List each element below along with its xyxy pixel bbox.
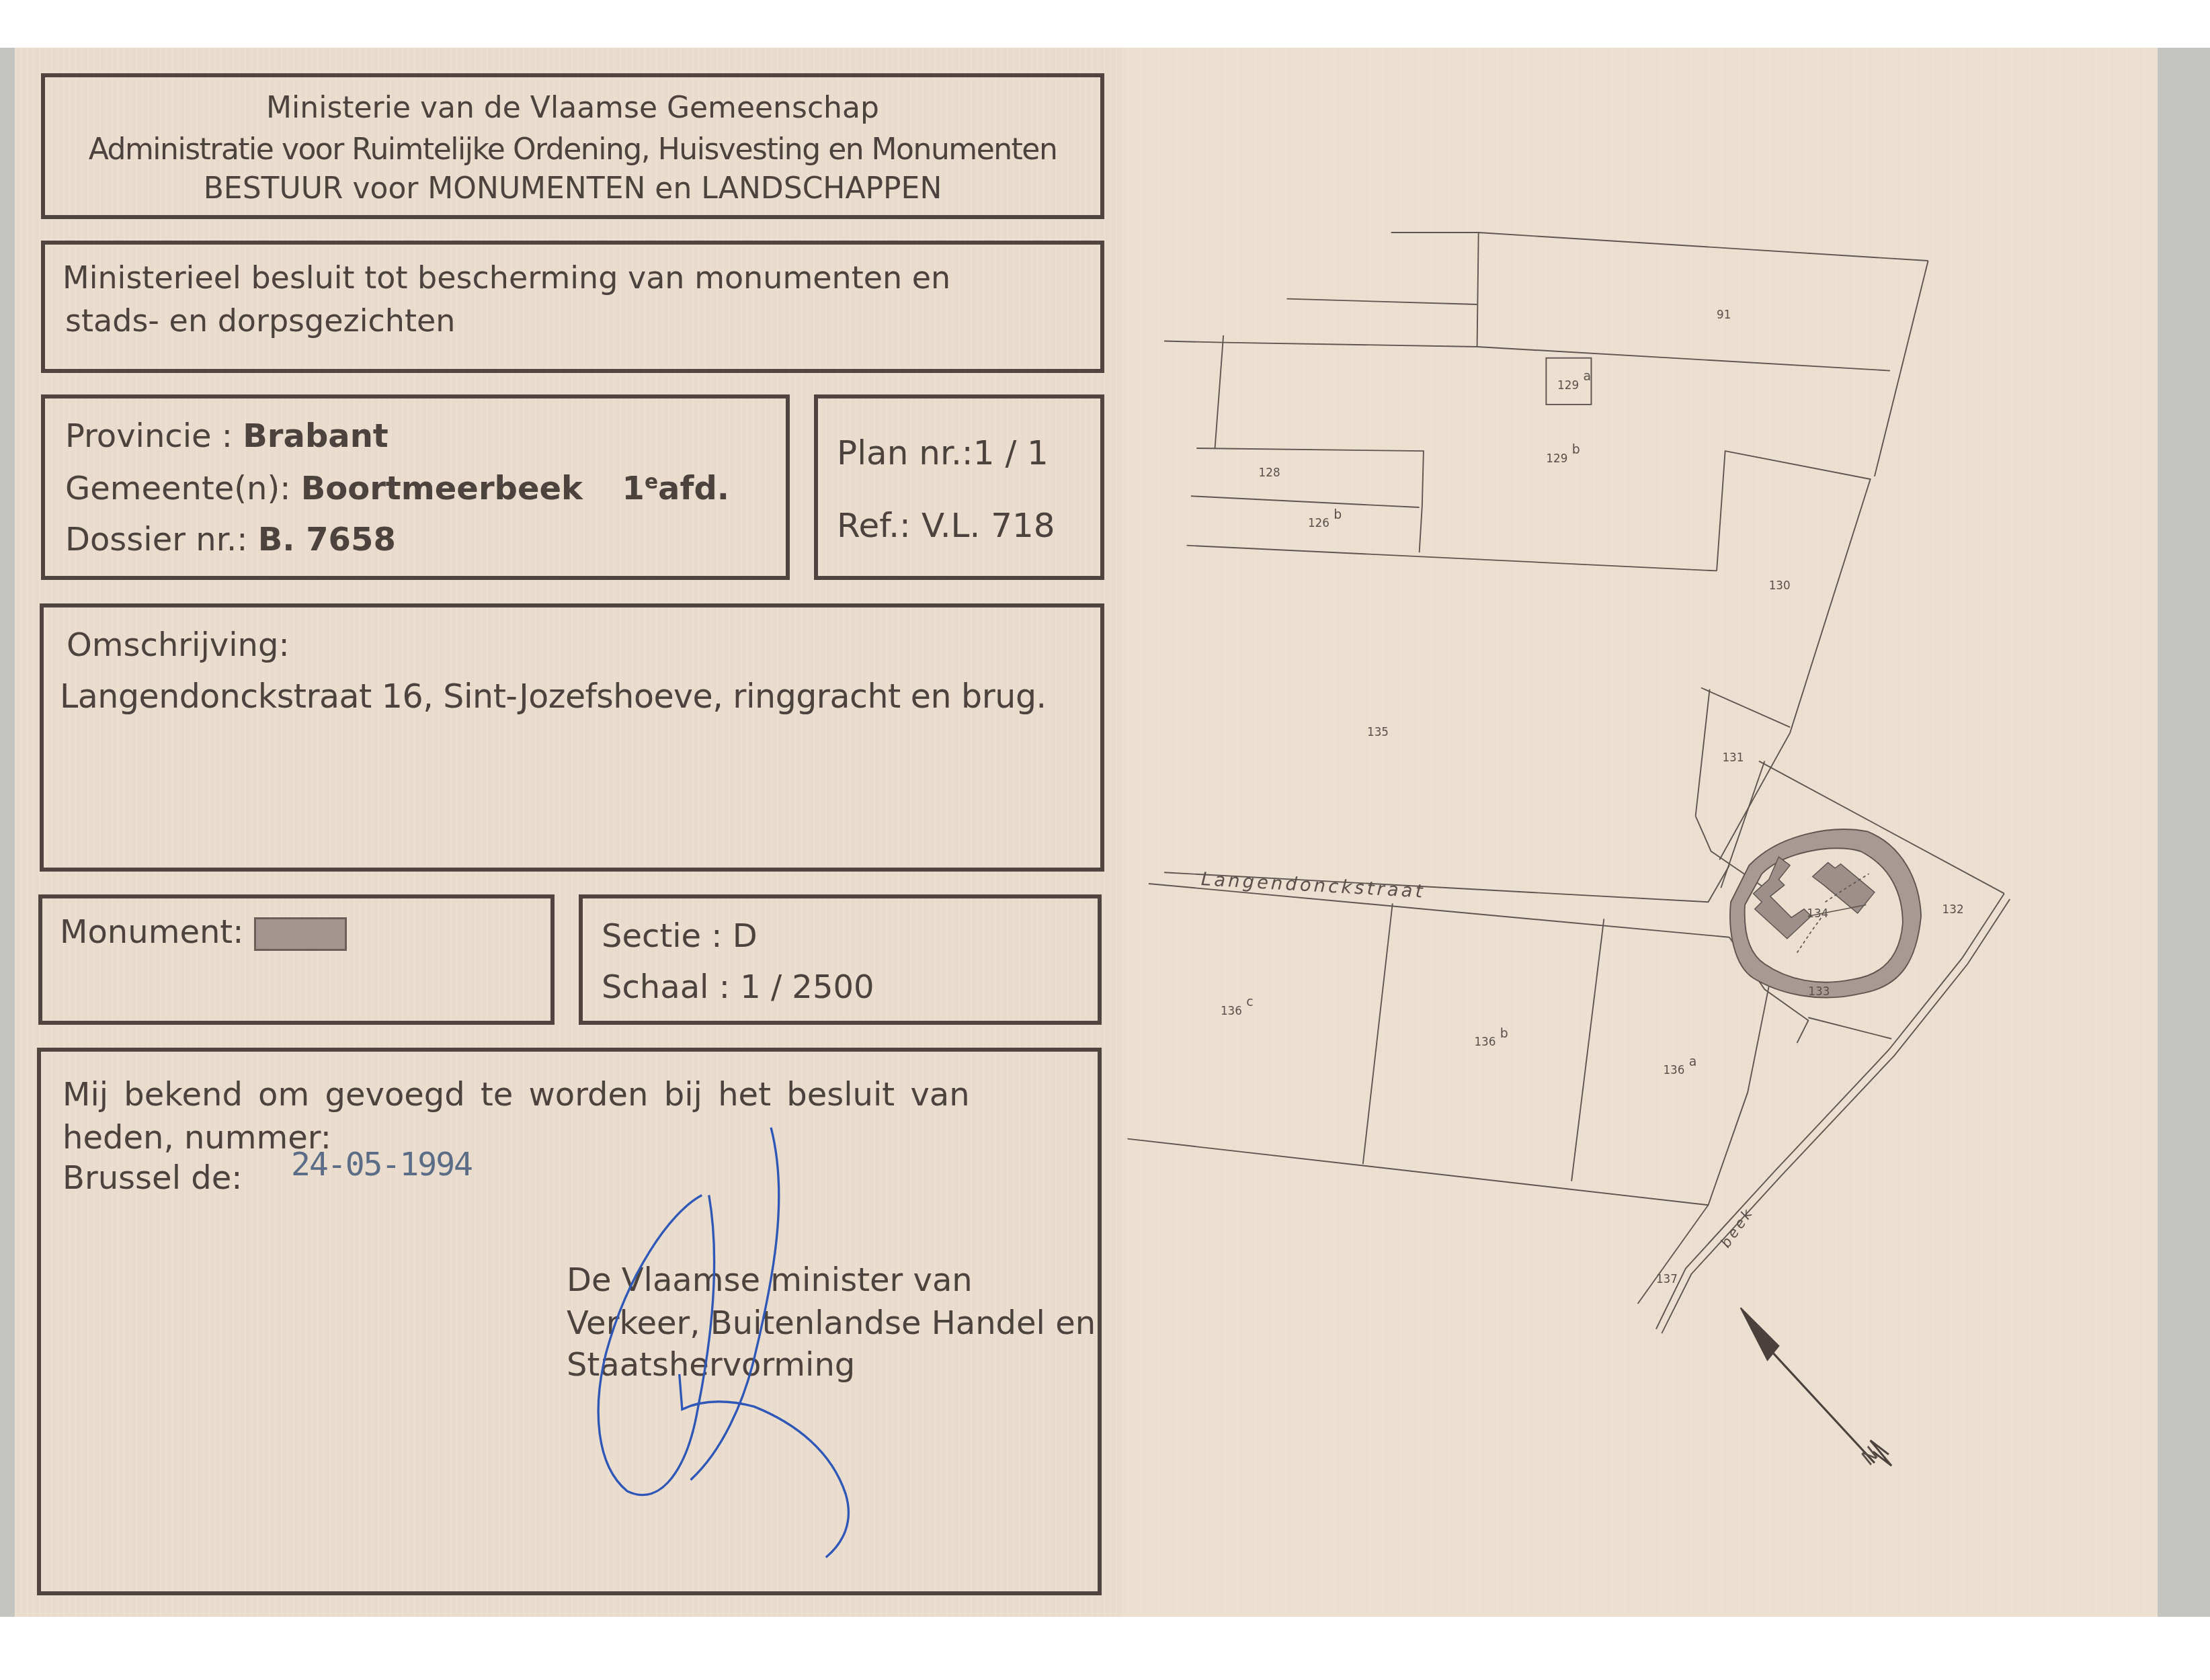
parcel-label: 129a: [1557, 369, 1591, 392]
parcel-label: 126b: [1308, 507, 1342, 530]
parcel-label: 136b: [1474, 1026, 1508, 1049]
parcel-label: 129b: [1546, 442, 1580, 465]
parcel-label: 133: [1808, 984, 1830, 998]
parcel-label: 137: [1656, 1272, 1678, 1286]
parcel-label: 128: [1259, 466, 1280, 479]
north-label: N: [1856, 1441, 1885, 1469]
parcel-label: 136c: [1221, 995, 1254, 1017]
cadastral-map: 91129a129b128126b130135131132134133136c1…: [0, 0, 2210, 1680]
signature-scribble: [598, 1128, 848, 1558]
parcel-label: 135: [1367, 725, 1389, 739]
parcel-boundaries: [1128, 233, 2010, 1333]
parcel-label: 134: [1807, 907, 1828, 920]
parcel-label: 132: [1942, 902, 1964, 916]
parcel-label: 130: [1769, 579, 1791, 592]
parcel-label: 136a: [1663, 1054, 1696, 1077]
street-label: Langendonckstraat: [1200, 869, 1426, 902]
parcel-label: 131: [1722, 751, 1744, 764]
parcel-label: 91: [1717, 308, 1731, 321]
